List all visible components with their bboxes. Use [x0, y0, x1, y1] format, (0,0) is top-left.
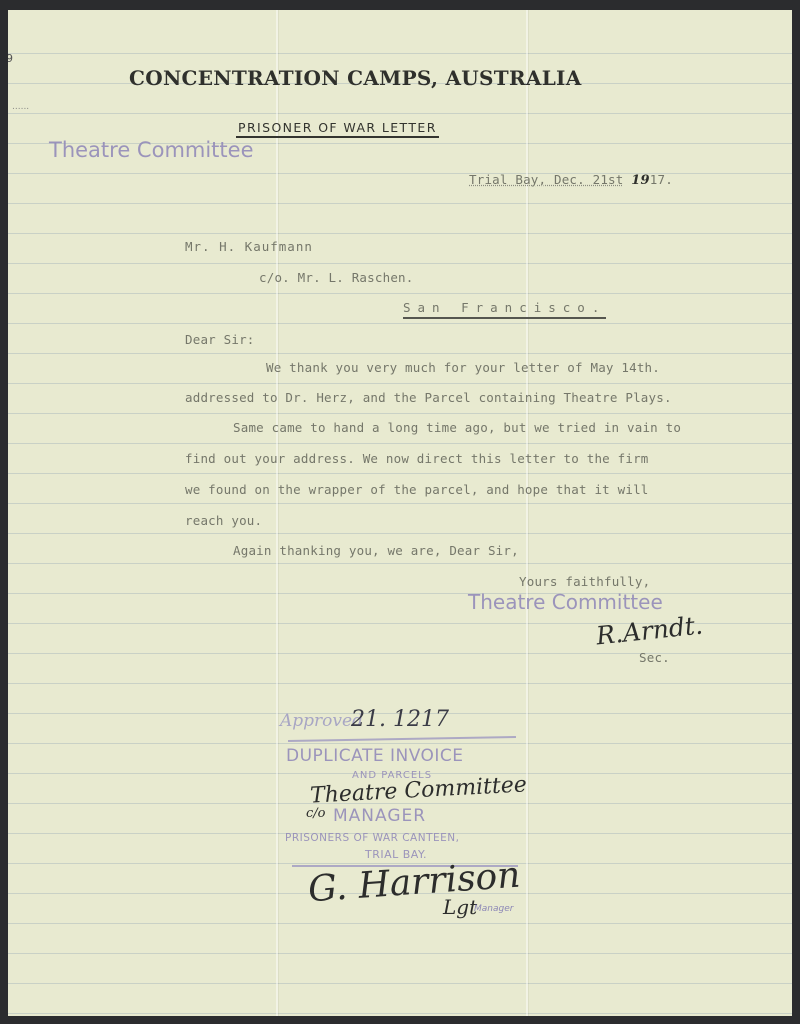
- body-line: addressed to Dr. Herz, and the Parcel co…: [185, 390, 672, 405]
- stamp-prisoners-of-war-canteen: PRISONERS OF WAR CANTEEN,: [285, 832, 459, 844]
- place-date: Trial Bay, Dec. 21st: [469, 172, 624, 187]
- letter-paper: 9 ...... CONCENTRATION CAMPS, AUSTRALIA …: [8, 10, 792, 1016]
- recipient-name: Mr. H. Kaufmann: [185, 239, 313, 254]
- body-line: We thank you very much for your letter o…: [266, 360, 660, 375]
- stamp-rule-top: [288, 736, 516, 742]
- margin-number: 9: [8, 52, 13, 65]
- fold-line-left: [276, 10, 278, 1016]
- body-line: Again thanking you, we are, Dear Sir,: [233, 543, 519, 558]
- stamp-manager-label: Manager: [474, 904, 513, 914]
- salutation: Dear Sir:: [185, 332, 255, 347]
- stamp-trial-bay: TRIAL BAY.: [365, 848, 427, 861]
- body-line: reach you.: [185, 513, 262, 528]
- manager-signature: G. Harrison: [307, 855, 522, 911]
- letterhead-title: CONCENTRATION CAMPS, AUSTRALIA: [129, 66, 582, 90]
- date-century: 19: [631, 173, 650, 188]
- handwritten-care-of: c/o: [306, 806, 326, 821]
- closing-stamp: Theatre Committee: [468, 590, 663, 614]
- stamp-manager: MANAGER: [333, 806, 426, 826]
- recipient-care-of: c/o. Mr. L. Raschen.: [259, 270, 414, 285]
- stamp-duplicate-invoice: DUPLICATE INVOICE: [286, 746, 464, 766]
- secretary-signature: R.Arndt.: [595, 610, 704, 650]
- date-year: 17.: [650, 172, 673, 187]
- recipient-city: San Francisco.: [403, 300, 606, 319]
- letterhead-subtitle: PRISONER OF WAR LETTER: [236, 120, 439, 138]
- theatre-committee-stamp: Theatre Committee: [49, 138, 254, 162]
- signer-title: Sec.: [639, 650, 670, 665]
- date-line: Trial Bay, Dec. 21st 1917.: [469, 172, 673, 188]
- margin-scribble: ......: [12, 102, 29, 112]
- body-line: Same came to hand a long time ago, but w…: [233, 420, 681, 435]
- approved-date-handwritten: 21. 1217: [351, 707, 449, 732]
- body-line: we found on the wrapper of the parcel, a…: [185, 482, 649, 497]
- manager-initials: Lgt: [443, 895, 477, 919]
- fold-line-right: [526, 10, 528, 1016]
- handwritten-theatre-committee: Theatre Committee: [309, 772, 527, 808]
- closing: Yours faithfully,: [519, 574, 650, 589]
- body-line: find out your address. We now direct thi…: [185, 451, 649, 466]
